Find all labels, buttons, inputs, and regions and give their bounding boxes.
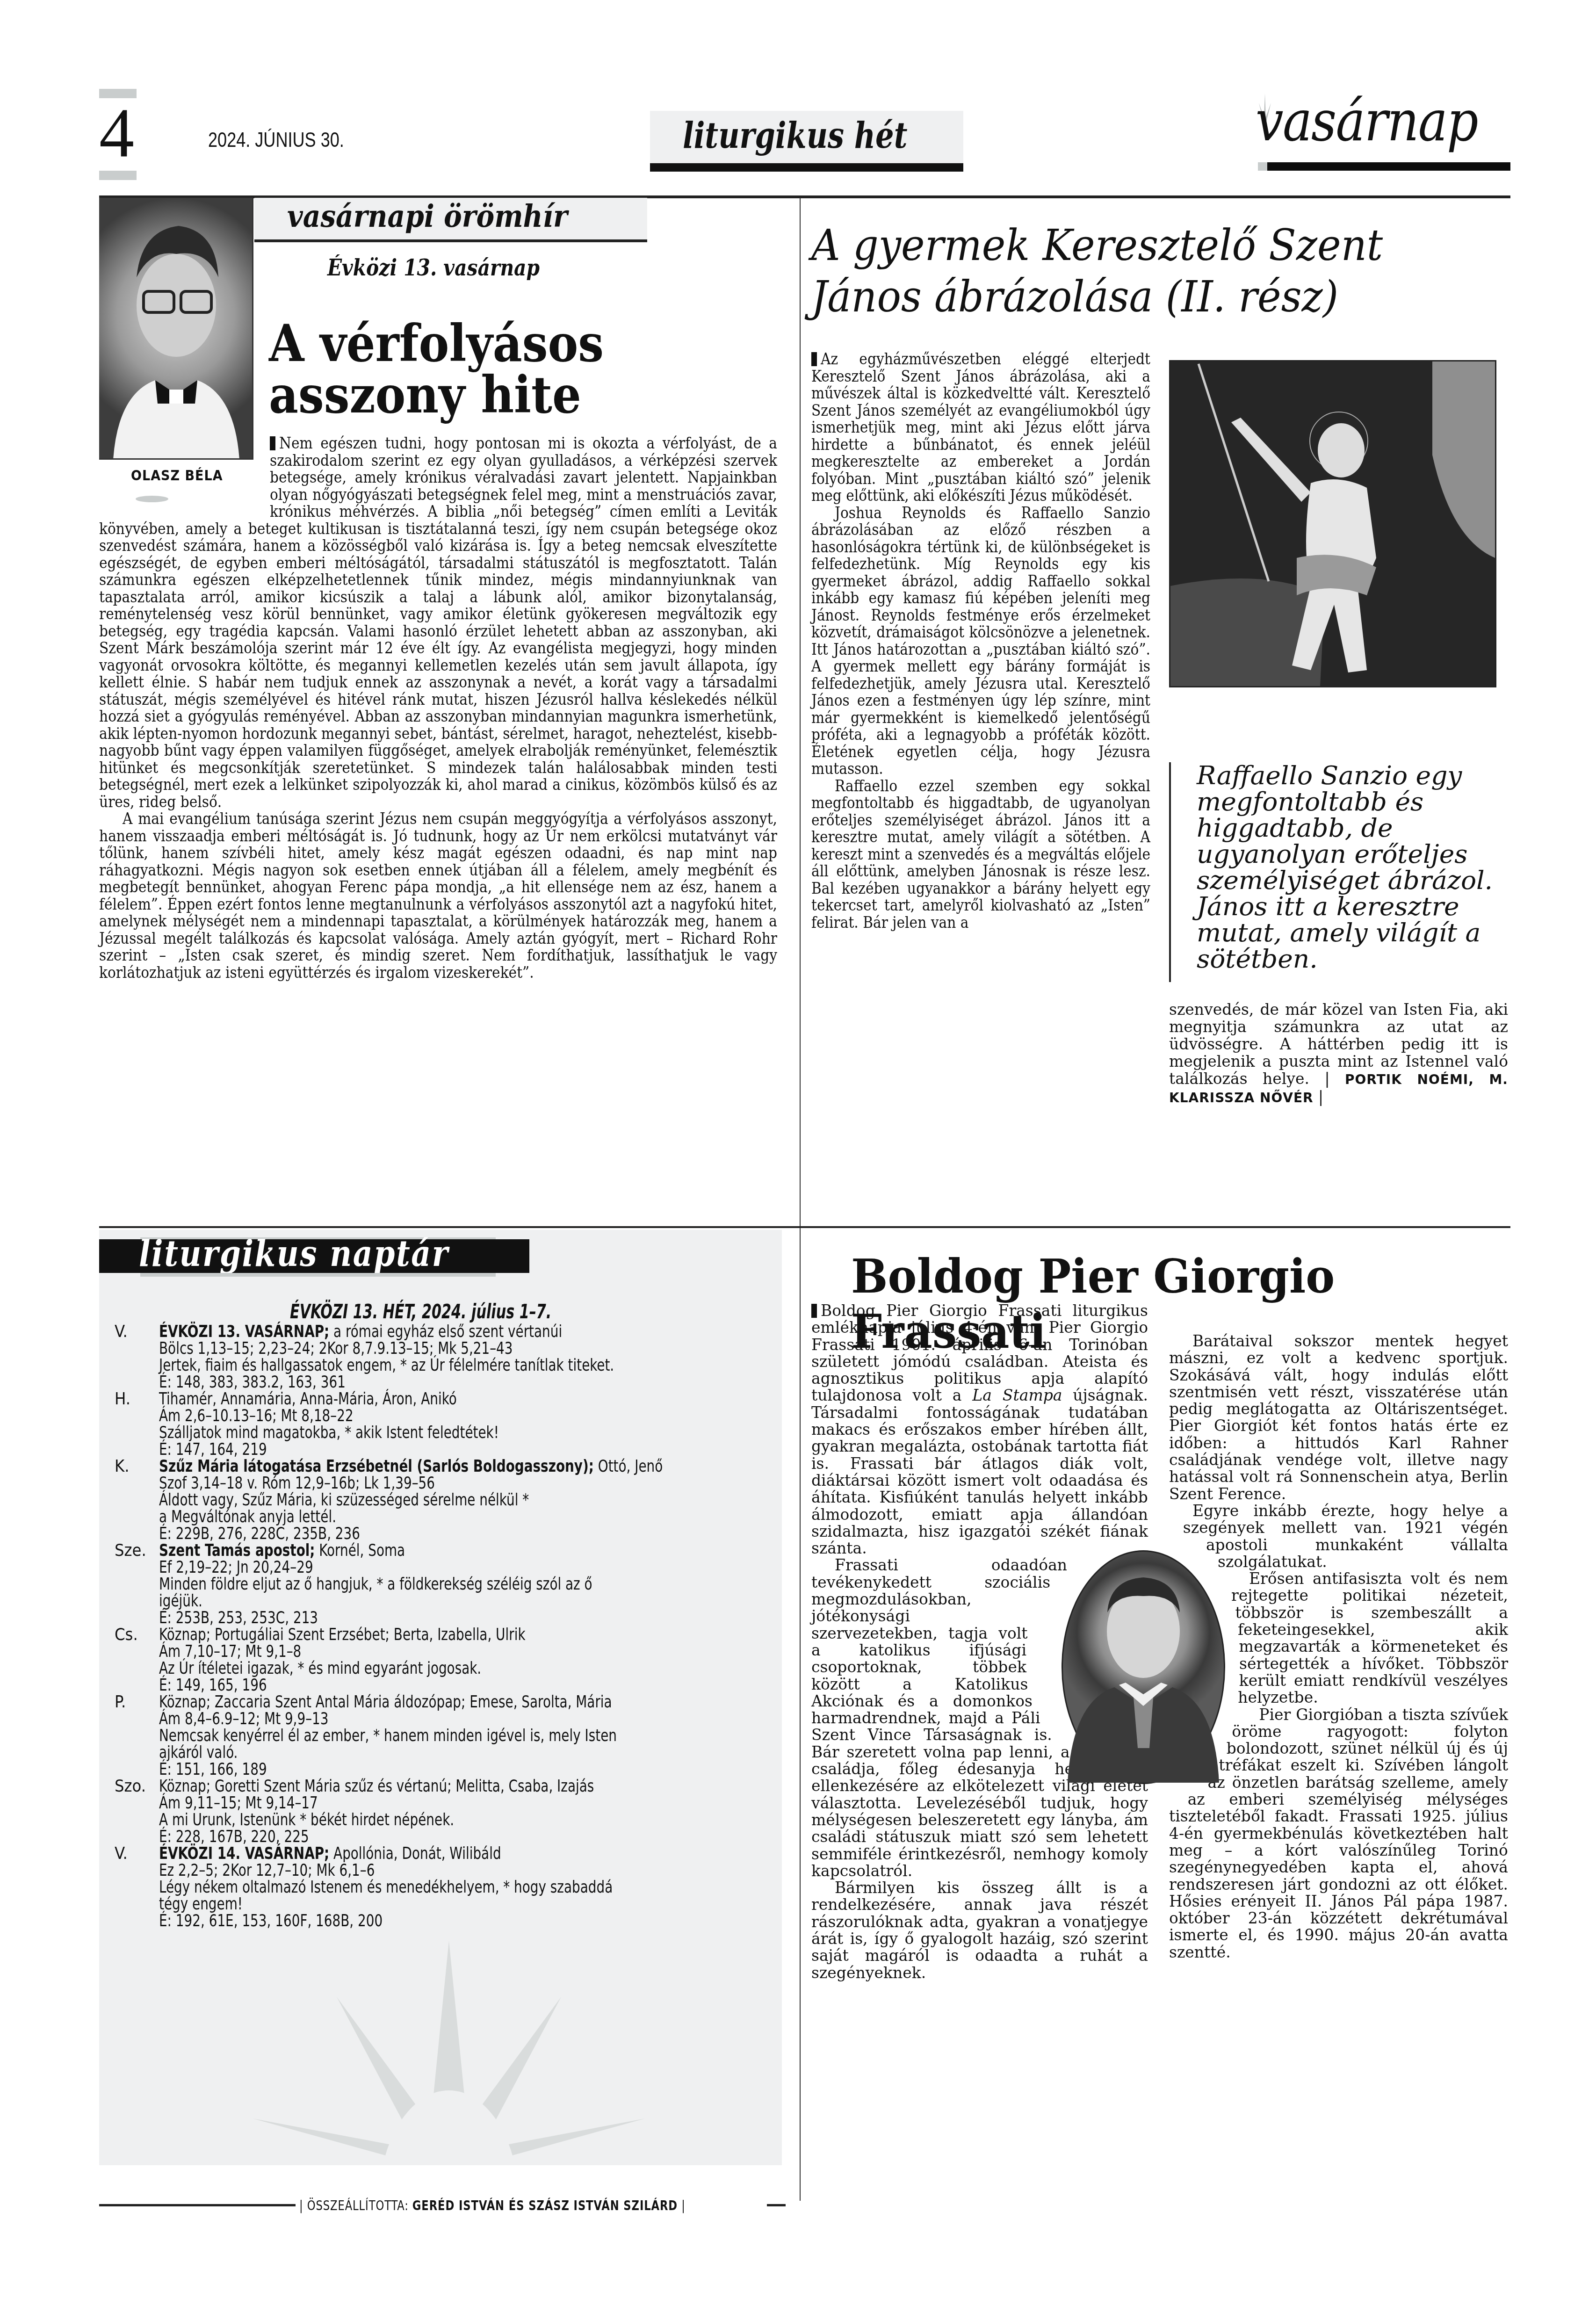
- article-body-continued: szenvedés, de már közel van Isten Fia, a…: [1169, 1001, 1508, 1106]
- calendar-tag-accent: [140, 1273, 496, 1277]
- painting-image: [1169, 360, 1496, 687]
- newspaper-name: La Stampa: [972, 1386, 1062, 1404]
- pull-quote: Raffaello Sanzio egy megfontoltabb és hi…: [1169, 762, 1496, 982]
- credit-rule: [767, 2204, 786, 2206]
- kicker-label: vasárnapi örömhír: [287, 198, 568, 234]
- paragraph: Bármilyen kis összeg állt is a rendelkez…: [811, 1879, 1148, 1981]
- frassati-portrait: [1062, 1550, 1225, 1784]
- credit-rule: [99, 2204, 296, 2206]
- page-number-bar-bottom: [99, 171, 137, 180]
- section-tag: liturgikus hét: [650, 111, 963, 172]
- lead-bullet-icon: [811, 1304, 817, 1318]
- article-title: A gyermek Keresztelő Szent János ábrázol…: [811, 220, 1442, 323]
- column-kicker: vasárnapi örömhír: [254, 198, 647, 242]
- article-title: A vérfolyásos asszony hite: [269, 318, 604, 421]
- calendar-label: liturgikus naptár: [139, 1233, 449, 1274]
- calendar-week-heading: ÉVKÖZI 13. HÉT, 2024. július 1–7.: [290, 1300, 551, 1323]
- calendar-day: Sze. Szent Tamás apostol; Kornél, Soma E…: [115, 1542, 779, 1626]
- text-wrap-spacer: [99, 435, 270, 519]
- paragraph: Joshua Reynolds és Raffaello Sanzio ábrá…: [811, 505, 1150, 778]
- paragraph: Raffaello ezzel szemben egy sokkal megfo…: [811, 778, 1150, 932]
- page-number: 4: [99, 98, 134, 168]
- calendar-tag: liturgikus naptár: [99, 1239, 529, 1273]
- lead-bullet-icon: [270, 436, 275, 450]
- paragraph: Barátaival sokszor mentek hegyet mászni,…: [1169, 1333, 1508, 1503]
- issue-date: 2024. JÚNIUS 30.: [208, 129, 344, 152]
- paragraph: A mai evangélium tanúsága szerint Jézus …: [99, 810, 777, 981]
- frassati-photo-icon: [1063, 1552, 1224, 1783]
- calendar-day: K. Szűz Mária látogatása Erzsébetnél (Sa…: [115, 1458, 779, 1542]
- calendar-day: Szo. Köznap; Goretti Szent Mária szűz és…: [115, 1778, 779, 1845]
- priest-photo-icon: [99, 198, 253, 460]
- calendar-day: P. Köznap; Zaccaria Szent Antal Mária ál…: [115, 1694, 779, 1778]
- paragraph: Az egyházművészetben eléggé elterjedt Ke…: [811, 351, 1150, 505]
- column-divider: [800, 1228, 801, 2201]
- calendar-credit: | ÖSSZEÁLLÍTOTTA: GERÉD ISTVÁN ÉS SZÁSZ …: [299, 2198, 686, 2213]
- calendar-day-list: V. ÉVKÖZI 13. VASÁRNAP; a római egyház e…: [115, 1323, 779, 1930]
- lead-bullet-icon: [811, 352, 817, 366]
- publication-logo: vasárnap: [1256, 89, 1478, 154]
- section-divider: [99, 1226, 1510, 1228]
- calendar-day: V. ÉVKÖZI 13. VASÁRNAP; a római egyház e…: [115, 1323, 779, 1391]
- logo-bar-accent: [1258, 162, 1267, 171]
- calendar-day: Cs. Köznap; Portugáliai Szent Erzsébet; …: [115, 1626, 779, 1694]
- article-body: Az egyházművészetben eléggé elterjedt Ke…: [811, 351, 1150, 931]
- article-subtitle: Évközi 13. vasárnap: [327, 255, 540, 281]
- calendar-day: H. Tihamér, Annamária, Anna-Mária, Áron,…: [115, 1391, 779, 1458]
- article-body: Nem egészen tudni, hogy pontosan mi is o…: [99, 435, 777, 981]
- logo-bar: [1267, 162, 1510, 171]
- john-baptist-painting-icon: [1170, 361, 1495, 686]
- calendar-day: V. ÉVKÖZI 14. VASÁRNAP; Apollónia, Donát…: [115, 1845, 779, 1930]
- paragraph: Boldog Pier Giorgio Frassati liturgikus …: [811, 1302, 1148, 1557]
- column-divider: [800, 198, 801, 1227]
- sun-ornament-icon: [215, 1941, 683, 2165]
- author-portrait: [99, 198, 253, 460]
- section-label: liturgikus hét: [683, 115, 908, 156]
